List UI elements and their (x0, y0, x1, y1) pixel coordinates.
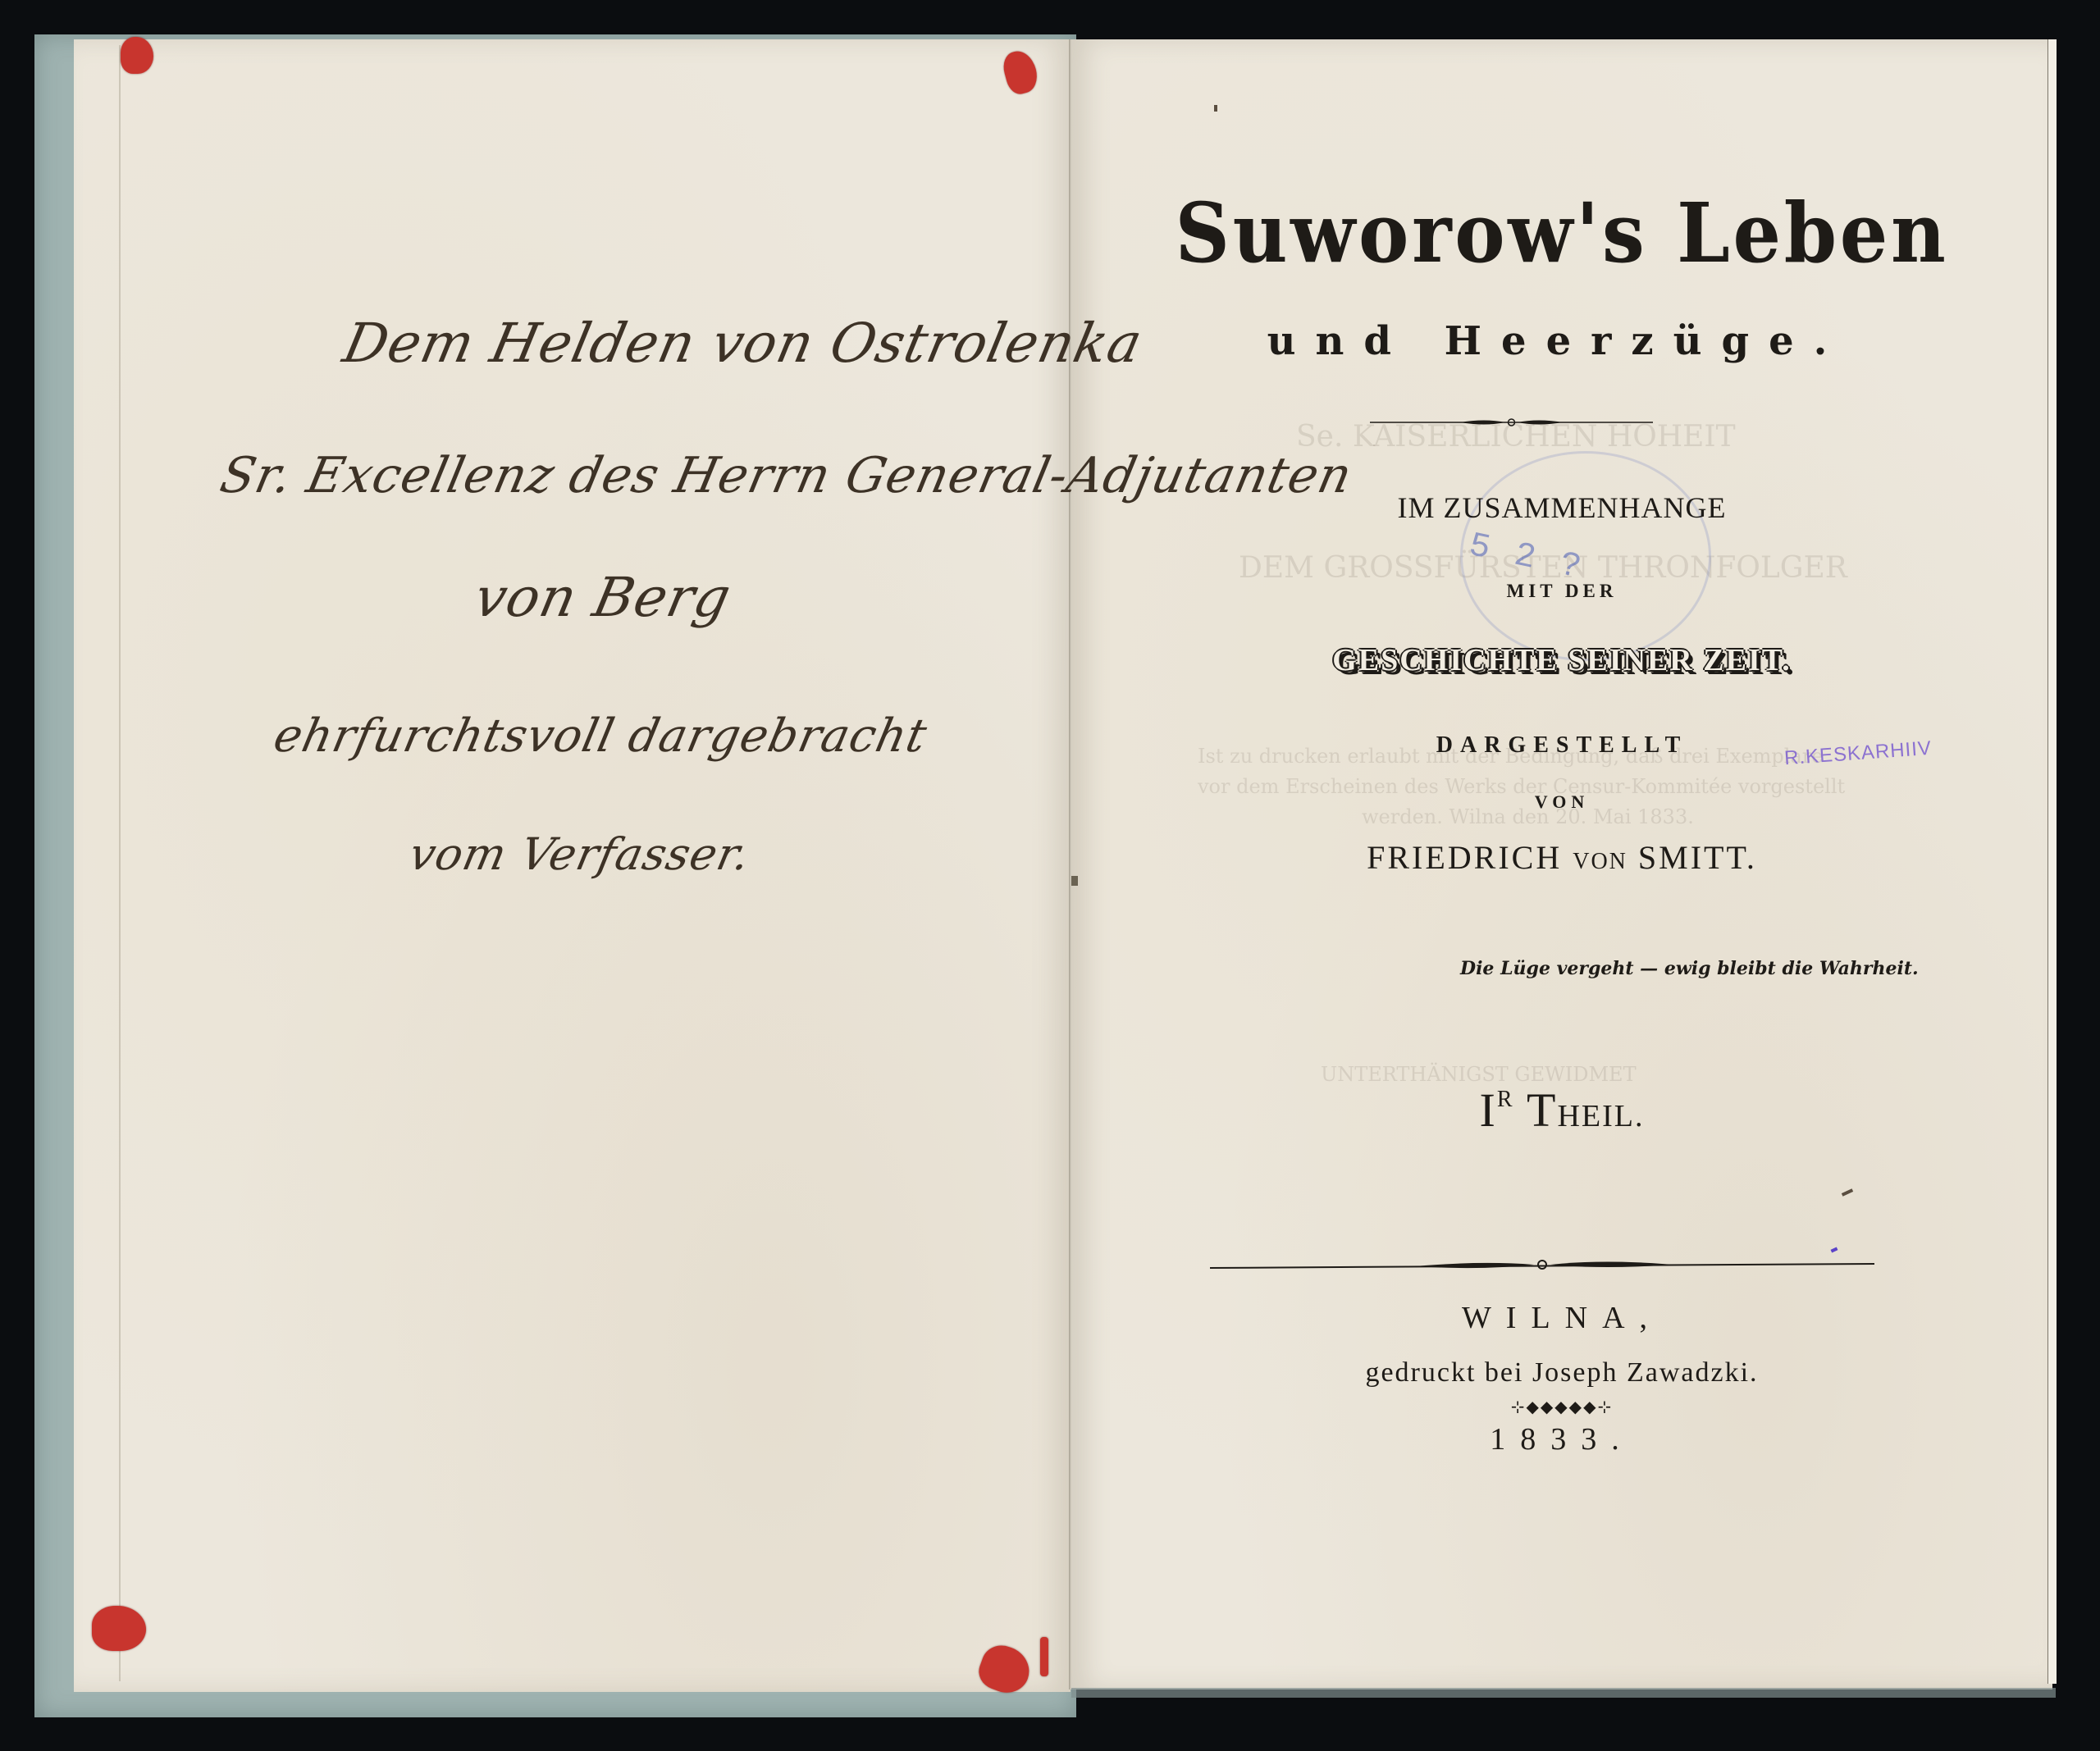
gutter-tear (1071, 876, 1078, 886)
title-line-von: VON (1071, 791, 2052, 813)
red-wax-seal-bottom-left (92, 1606, 146, 1651)
inscription-line-5: vom Verfasser. (404, 828, 755, 880)
page-bottom-edge (1071, 1688, 2056, 1698)
volume-word-rest: HEIL. (1557, 1099, 1644, 1133)
author-first-name: FRIEDRICH (1367, 839, 1562, 876)
place-of-publication: WILNA, (1071, 1300, 2052, 1336)
author-last-name: SMITT. (1638, 839, 1757, 876)
volume-label: IR THEIL. (1071, 1083, 2052, 1138)
ornamental-rule-icon (1210, 1258, 1874, 1273)
volume-word-initial: T (1527, 1083, 1557, 1137)
inscription-line-3: von Berg (469, 566, 737, 629)
book-subtitle: und Heerzüge. (1066, 318, 2047, 364)
motto: Die Lüge vergeht — ewig bleibt die Wahrh… (1460, 958, 1919, 979)
ornamental-rule-icon (1370, 417, 1653, 428)
volume-numeral: I (1480, 1083, 1497, 1137)
publication-year: 1833. (1071, 1421, 2052, 1457)
red-wax-seal-bottom-gutter-drip (1040, 1637, 1048, 1676)
author-particle: VON (1573, 849, 1627, 874)
printer: gedruckt bei Joseph Zawadzki. (1071, 1357, 2052, 1388)
book-title: Suworow's Leben (1111, 185, 2013, 281)
ink-speck (1214, 105, 1217, 112)
inscription-line-4: ehrfurchtsvoll dargebracht (269, 709, 932, 763)
author-name: FRIEDRICH VON SMITT. (1071, 838, 2052, 877)
title-line-mit-der: MIT DER (1071, 581, 2052, 602)
red-wax-seal-top-left (121, 37, 153, 74)
inscription-line-1: Dem Helden von Ostrolenka (338, 312, 1148, 375)
flyleaf-fold-line (119, 45, 121, 1681)
title-line-im-zusammenhange: IM ZUSAMMENHANGE (1071, 490, 2052, 525)
title-line-geschichte: GESCHICHTE SEINER ZEIT. (1071, 642, 2052, 678)
flourish-ornament-icon: ⊹◆◆◆◆◆⊹ (1071, 1397, 2052, 1417)
volume-suffix: R (1497, 1087, 1514, 1112)
